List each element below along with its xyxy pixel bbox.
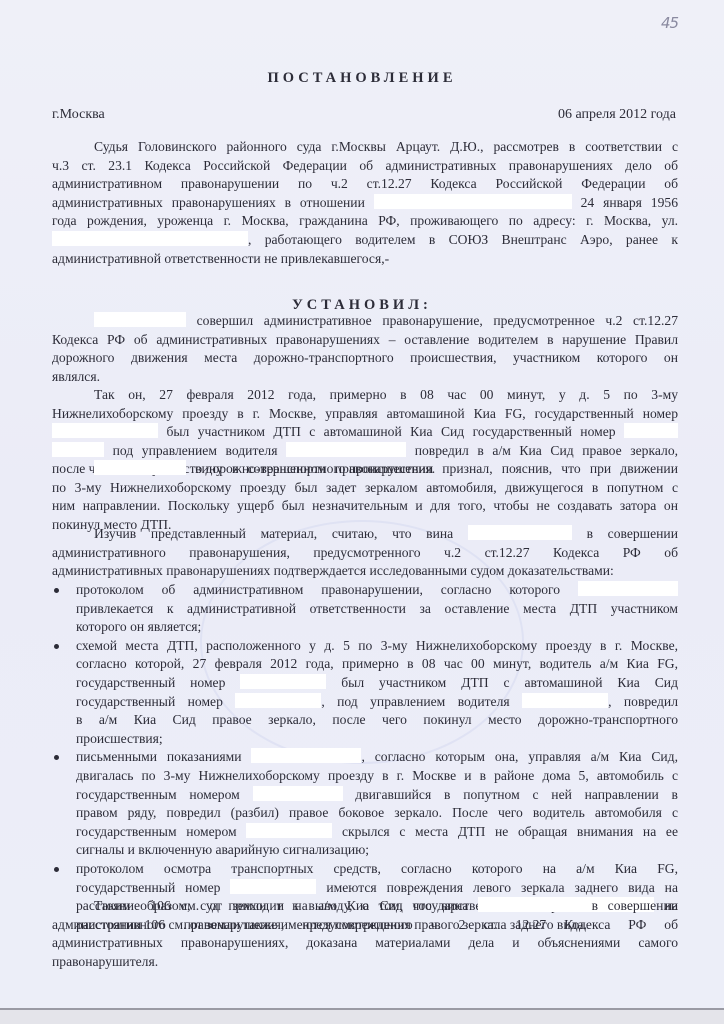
text-line: совершил административное правонарушение…	[52, 312, 678, 331]
text-line: которого он является;	[76, 618, 678, 637]
text-line: привлекается к административной ответств…	[76, 600, 678, 619]
redaction	[253, 786, 343, 801]
bullet-icon	[54, 588, 59, 593]
bullet-icon	[54, 755, 59, 760]
text-line: Изучив представленный материал, считаю, …	[52, 525, 678, 544]
text-line: административных правонарушениях, доказа…	[52, 934, 678, 953]
text-line: года рождения, уроженца г. Москва, гражд…	[52, 212, 678, 231]
text-line: государственным номером двигавшийся в по…	[76, 786, 678, 805]
text-line: ним направлении. Поскольку ущерб был нез…	[52, 497, 678, 516]
redaction	[578, 581, 678, 596]
text-line: административной ответственности не прив…	[52, 250, 678, 269]
document-page: 45 ПОСТАНОВЛЕНИЕ г.Москва 06 апреля 2012…	[0, 0, 724, 1010]
text-line: ч.3 ст. 23.1 Кодекса Российской Федераци…	[52, 157, 678, 176]
document-title: ПОСТАНОВЛЕНИЕ	[0, 70, 724, 87]
text-line: сигналы и включенную аварийную сигнализа…	[76, 841, 678, 860]
text-line: административного правонарушения, предус…	[52, 544, 678, 563]
text-line: являлся.	[52, 368, 678, 387]
text-line: Судья Головинского районного суда г.Моск…	[52, 138, 678, 157]
city: г.Москва	[52, 107, 105, 123]
text-line: административных правонарушениях в отнош…	[52, 194, 678, 213]
text-line: протоколом осмотра транспортных средств,…	[76, 860, 678, 879]
paragraph-conclusion: Таким образом, суд приходит к выводу, о …	[52, 897, 678, 971]
redaction	[235, 693, 321, 708]
handwritten-page-number: 45	[661, 14, 678, 32]
text-line: Кодекса РФ об административных правонару…	[52, 331, 678, 350]
redaction	[374, 194, 572, 209]
text-line: двигалась по 3-му Нижнелихоборскому прое…	[76, 767, 678, 786]
redaction	[251, 748, 361, 763]
evidence-item: протоколом об административном правонару…	[52, 581, 678, 637]
intro-paragraph: Судья Головинского районного суда г.Моск…	[52, 138, 678, 268]
text-line: государственный номер имеются повреждени…	[76, 879, 678, 898]
evidence-item: схемой места ДТП, расположенного у д. 5 …	[52, 637, 678, 749]
document-date: 06 апреля 2012 года	[558, 107, 676, 123]
bullet-icon	[54, 867, 59, 872]
evidence-item: письменными показаниями , согласно котор…	[52, 748, 678, 860]
text-line: Таким образом, суд приходит к выводу, о …	[52, 897, 678, 916]
paragraph-evidence-intro: Изучив представленный материал, считаю, …	[52, 525, 678, 581]
text-line: административного правонарушения, предус…	[52, 916, 678, 935]
text-line: схемой места ДТП, расположенного у д. 5 …	[76, 637, 678, 656]
redaction	[52, 423, 158, 438]
text-line: по 3-му Нижнелихоборскому проезду был за…	[52, 479, 678, 498]
text-line: в а/м Киа Сид правое зеркало, после чего…	[76, 711, 678, 730]
text-line: , работающего водителем в СОЮЗ Внештранс…	[52, 231, 678, 250]
paragraph-offense: совершил административное правонарушение…	[52, 312, 678, 386]
text-line: дорожного движения места дорожно-транспо…	[52, 349, 678, 368]
redaction	[230, 879, 316, 894]
redaction	[52, 231, 248, 246]
text-line: письменными показаниями , согласно котор…	[76, 748, 678, 767]
text-line: государственным номером скрылся с места …	[76, 823, 678, 842]
redaction	[624, 423, 678, 438]
text-line: протоколом об административном правонару…	[76, 581, 678, 600]
redaction	[478, 897, 582, 912]
text-line: под управлением водителя повредил в а/м …	[52, 442, 678, 461]
text-line: Нижнелихоборскому проезду в г. Москве, у…	[52, 405, 678, 424]
redaction	[246, 823, 332, 838]
redaction	[94, 312, 186, 327]
paragraph-explanation: вину в совершенном правонарушении призна…	[52, 460, 678, 534]
text-line: административных правонарушениях подтвер…	[52, 562, 678, 581]
text-line: Так он, 27 февраля 2012 года, примерно в…	[52, 386, 678, 405]
redaction	[94, 460, 186, 475]
text-line: правом ряду, повредил (разбил) правое бо…	[76, 804, 678, 823]
redaction	[286, 442, 406, 457]
text-line: вину в совершенном правонарушении призна…	[52, 460, 678, 479]
redaction	[468, 525, 572, 540]
text-line: административном правонарушении по ч.2 с…	[52, 175, 678, 194]
redaction	[522, 693, 608, 708]
redaction	[240, 674, 326, 689]
text-line: правонарушителя.	[52, 953, 678, 972]
bullet-icon	[54, 644, 59, 649]
text-line: был участником ДТП с автомашиной Киа Сид…	[52, 423, 678, 442]
text-line: происшествия;	[76, 730, 678, 749]
text-line: государственный номер был участником ДТП…	[76, 674, 678, 693]
evidence-list: протоколом об административном правонару…	[52, 581, 678, 934]
redaction	[52, 442, 104, 457]
text-line: государственный номер , под управлением …	[76, 693, 678, 712]
text-line: согласно которой, 27 февраля 2012 года, …	[76, 655, 678, 674]
